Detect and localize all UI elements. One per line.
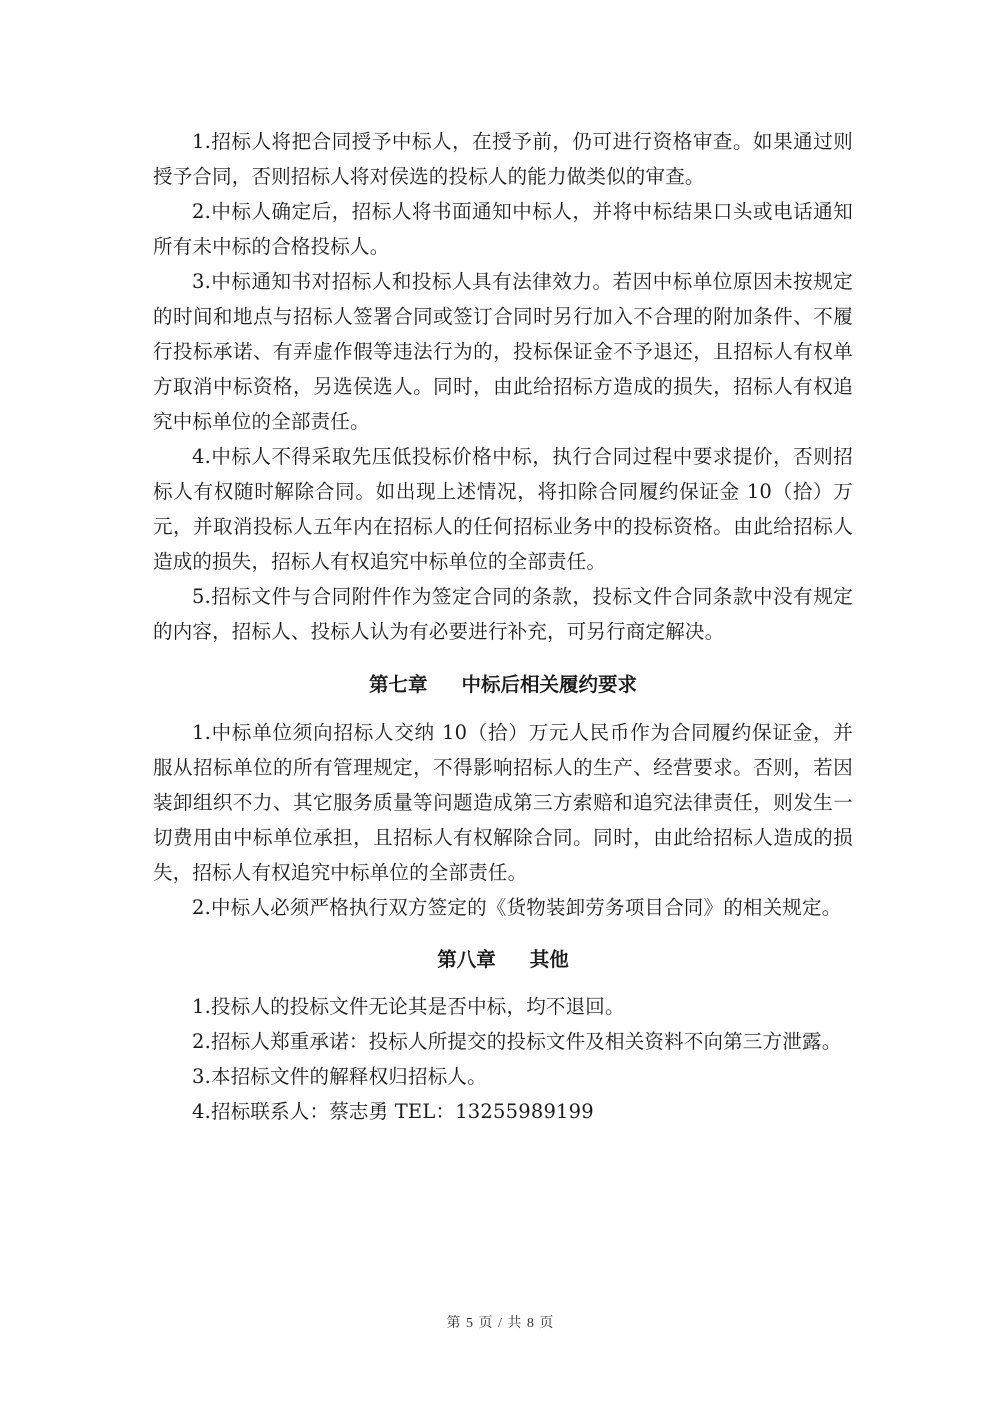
paragraph-ch8-1: 1.投标人的投标文件无论其是否中标，均不退回。 — [153, 989, 853, 1024]
paragraph-ch8-3: 3.本招标文件的解释权归招标人。 — [153, 1059, 853, 1094]
paragraph-award-3: 3.中标通知书对招标人和投标人具有法律效力。若因中标单位原因未按规定的时间和地点… — [153, 264, 853, 439]
paragraph-award-5: 5.招标文件与合同附件作为签定合同的条款，投标文件合同条款中没有规定的内容，招标… — [153, 579, 853, 649]
section-award-terms: 1.招标人将把合同授予中标人，在授予前，仍可进行资格审查。如果通过则授予合同，否… — [153, 124, 853, 649]
chapter-8: 第八章 其他 1.投标人的投标文件无论其是否中标，均不退回。 2.招标人郑重承诺… — [153, 931, 853, 1129]
paragraph-award-4: 4.中标人不得采取先压低投标价格中标，执行合同过程中要求提价，否则招标人有权随时… — [153, 439, 853, 579]
paragraph-ch8-2: 2.招标人郑重承诺：投标人所提交的投标文件及相关资料不向第三方泄露。 — [153, 1024, 853, 1059]
document-page: 1.招标人将把合同授予中标人，在授予前，仍可进行资格审查。如果通过则授予合同，否… — [153, 124, 853, 1129]
paragraph-award-2: 2.中标人确定后，招标人将书面通知中标人，并将中标结果口头或电话通知所有未中标的… — [153, 194, 853, 264]
chapter-8-title: 第八章 其他 — [153, 931, 853, 989]
chapter-7: 第七章 中标后相关履约要求 1.中标单位须向招标人交纳 10（拾）万元人民币作为… — [153, 655, 853, 925]
paragraph-ch7-2: 2.中标人必须严格执行双方签定的《货物装卸劳务项目合同》的相关规定。 — [153, 890, 853, 925]
paragraph-ch8-4-contact: 4.招标联系人：蔡志勇 TEL：13255989199 — [153, 1094, 853, 1129]
paragraph-award-1: 1.招标人将把合同授予中标人，在授予前，仍可进行资格审查。如果通过则授予合同，否… — [153, 124, 853, 194]
paragraph-ch7-1: 1.中标单位须向招标人交纳 10（拾）万元人民币作为合同履约保证金，并服从招标单… — [153, 715, 853, 890]
page-number-footer: 第 5 页 / 共 8 页 — [0, 1312, 1000, 1332]
chapter-7-title: 第七章 中标后相关履约要求 — [153, 655, 853, 715]
